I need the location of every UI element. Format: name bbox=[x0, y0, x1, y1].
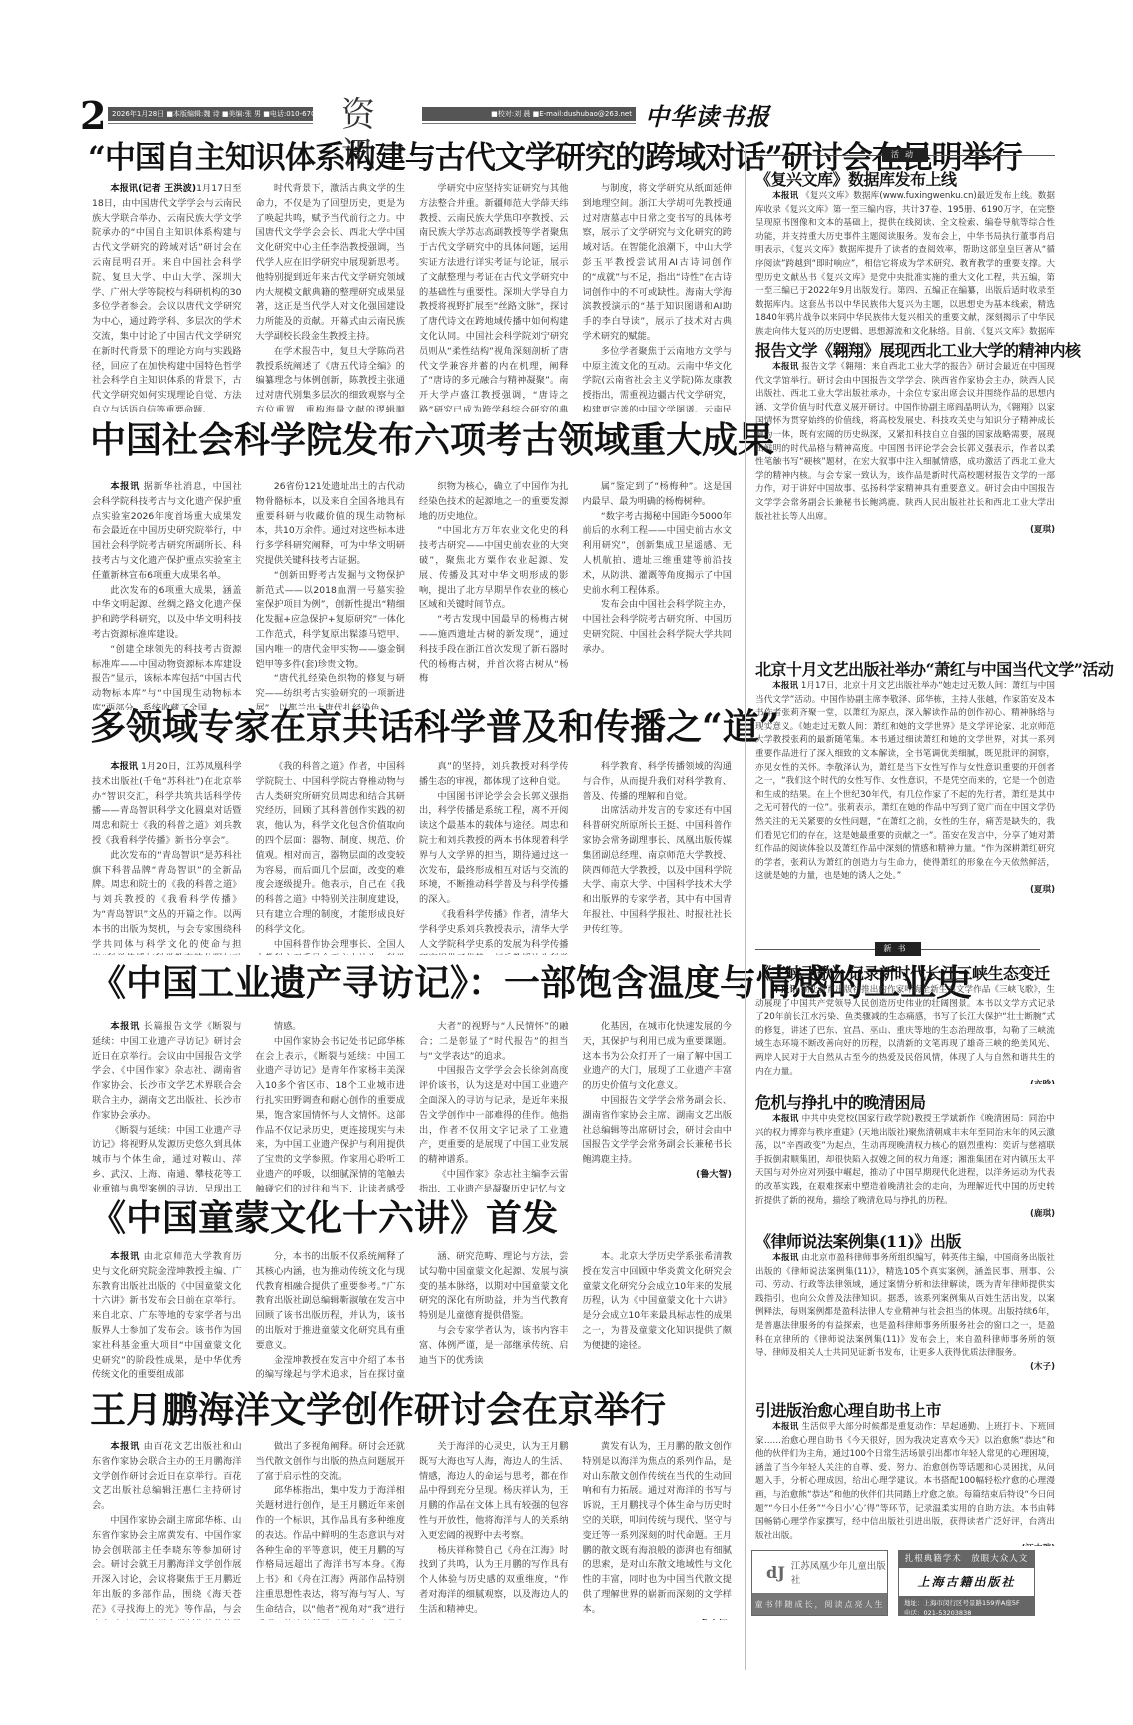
article-column: 属”鉴定到了“杨梅种”。这是国内最早、最为明确的杨梅树种。“数字考古揭秘中国距今… bbox=[583, 480, 733, 710]
article-ocean-literature: 本报讯 由百花文艺出版社和山东省作家协会联合主办的王月鹏海洋文学创作研讨会近日在… bbox=[92, 1440, 732, 1620]
newspaper-logo: 中华读书报 bbox=[645, 97, 745, 132]
article-column: 科学教育、科学传播领域的沟通与合作，从而提升我们对科学教育、普及、传播的理解和自… bbox=[583, 760, 733, 955]
article-column: 本报讯 由北京师范大学教育历史与文化研究院金滢坤教授主编、广东教育出版社出版的《… bbox=[92, 1250, 242, 1380]
headline-childrens-culture: 《中国童蒙文化十六讲》首发 bbox=[90, 1198, 558, 1238]
publisher-name: 上海古籍出版社 bbox=[899, 1568, 1034, 1596]
article-column: 本报讯(记者 王洪波)1月17日至18日，由中国唐代文学学会与云南民族大学联合举… bbox=[92, 182, 242, 412]
publisher-address: 地址：上海市闵行区号景路159弄A座5F bbox=[904, 1598, 1029, 1608]
sidebar-article: 本报讯 生活似乎大部分时候都是重复动作：早起通勤、上班打卡、下班回家……治愈心理… bbox=[755, 1421, 1055, 1546]
headline-science-popularization: 多领域专家在京共话科学普及和传播之“道” bbox=[90, 707, 779, 747]
sidebar-headline: 《律师说法案例集(11)》出版 bbox=[755, 1232, 961, 1252]
article-column: 与制度，将文学研究从纸面延伸到地理空间。浙江大学胡可先教授通过对唐墓志中日常之变… bbox=[583, 182, 733, 412]
article-column: 织物为核心，确立了中国作为扎经染色技术的起源地之一的重要发源地的历史地位。“中国… bbox=[419, 480, 569, 710]
sidebar-article: 本报讯 《复兴文库》数据库(www.fuxingwenku.cn)最近发布上线。… bbox=[755, 190, 1055, 335]
article-column: 分，本书的出版不仅系统阐释了其核心内涵，也为推动传统文化与现代教育相融合提供了重… bbox=[256, 1250, 406, 1380]
column-divider bbox=[745, 150, 746, 1670]
publisher-phone: 电话：021-53203838 bbox=[904, 1608, 1029, 1616]
article-science-popularization: 本报讯 1月20日，江苏凤凰科学技术出版社(千龟“苏科社”)在北京举办“智识交汇… bbox=[92, 760, 732, 955]
masthead-meta-left: 2026年1月28日 ■本版编辑:魏 诗 ■美编:张 男 ■电话:010-670… bbox=[108, 107, 313, 121]
ad-jiangsu-phoenix-childrens[interactable]: dJ 江苏凤凰少年儿童出版社 童书伴随成长，阅读点亮人生 bbox=[751, 1550, 888, 1616]
sidebar-headline: 《三峡飞歌》记录新时代长江三峡生态变迁 bbox=[755, 964, 1050, 984]
ad-shanghai-classics[interactable]: 扎根典籍学术 放眼大众人文 上海古籍出版社 地址：上海市闵行区号景路159弄A座… bbox=[898, 1550, 1035, 1616]
sidebar-article: 本报讯 湖北教育出版社推出的作家叶梅全新生态文学作品《三峡飞歌》，生动展现了中国… bbox=[755, 984, 1055, 1084]
masthead-meta-right: ■校对:刘 晨 ■E-mail:dushubao@263.net bbox=[422, 107, 636, 121]
page-number: 2 bbox=[80, 97, 106, 135]
sidebar-article: 本报讯 报告文学《翱翔：来自西北工业大学的报告》研讨会最近在中国现代文学馆举行。… bbox=[755, 361, 1055, 651]
sidebar-section-label: 活动 bbox=[755, 148, 1055, 162]
article-childrens-culture: 本报讯 由北京师范大学教育历史与文化研究院金滢坤教授主编、广东教育出版社出版的《… bbox=[92, 1250, 732, 1380]
article-column: 涵、研究范畴、理论与方法，尝试勾勒中国童蒙文化起源、发展与演变的基本脉络，以期对… bbox=[419, 1250, 569, 1380]
article-archaeology: 本报讯 据新华社消息，中国社会科学院科技考古与文化遗产保护重点实验室2026年度… bbox=[92, 480, 732, 710]
article-column: 时代背景下，激活古典文学的生命力，不仅是为了回望历史，更是为了唤起共鸣，赋予当代… bbox=[256, 182, 406, 412]
article-column: 真”的坚持，刘兵教授对科学传播生态的审视，都体现了这种自觉。中国图书评论学会会长… bbox=[419, 760, 569, 955]
article-column: 做出了多视角阐释。研讨会还就当代散文创作与出版的热点问题展开了富于启示性的交流。… bbox=[256, 1440, 406, 1620]
article-industrial-heritage: 本报讯 长篇报告文学《断裂与延续：中国工业遗产寻访记》研讨会近日在京举行。会议由… bbox=[92, 1020, 732, 1192]
ad-slogan: 童书伴随成长，阅读点亮人生 bbox=[752, 1593, 887, 1616]
article-kunming-seminar: 本报讯(记者 王洪波)1月17日至18日，由中国唐代文学学会与云南民族大学联合举… bbox=[92, 182, 732, 412]
article-column: 本。北京大学历史学系张希清教授在发言中回顾中华炎黄文化研究会童蒙文化研究分会成立… bbox=[583, 1250, 733, 1380]
article-column: 本报讯 长篇报告文学《断裂与延续：中国工业遗产寻访记》研讨会近日在京举行。会议由… bbox=[92, 1020, 242, 1192]
article-column: 学研究中应坚持实证研究与其他方法整合并重。新疆师范大学薛天纬教授、云南民族大学焦… bbox=[419, 182, 569, 412]
sidebar-article: 本报讯 1月17日，北京十月文艺出版社举办“她走过无数人间：萧红与中国当代文学”… bbox=[755, 680, 1055, 930]
article-column: 化基因，在城市化快速发展的今天，其保护与利用已成为重要课题。这本书为公众打开了一… bbox=[583, 1020, 733, 1192]
headline-archaeology: 中国社会科学院发布六项考古领域重大成果 bbox=[90, 420, 774, 460]
masthead: 2 2026年1月28日 ■本版编辑:魏 诗 ■美编:张 男 ■电话:010-6… bbox=[80, 95, 1060, 135]
article-column: 大者”的视野与“人民情怀”的融合；二是彰显了“时代报告”的担当与“文学表达”的追… bbox=[419, 1020, 569, 1192]
headline-ocean-literature: 王月鹏海洋文学创作研讨会在京举行 bbox=[90, 1390, 666, 1430]
sidebar-headline: 报告文学《翱翔》展现西北工业大学的精神内核 bbox=[755, 341, 1081, 361]
article-column: 关于海洋的心灵史，认为王月鹏既写大海也写人海，海边人的生活、情感，海边人的命运与… bbox=[419, 1440, 569, 1620]
byline: (鲁大智) bbox=[583, 1618, 733, 1620]
newspaper-page: 2 2026年1月28日 ■本版编辑:魏 诗 ■美编:张 男 ■电话:010-6… bbox=[0, 0, 1133, 1725]
byline: (鲁大智) bbox=[583, 1168, 733, 1183]
article-column: 本报讯 由百花文艺出版社和山东省作家协会联合主办的王月鹏海洋文学创作研讨会近日在… bbox=[92, 1440, 242, 1620]
sidebar-article: 本报讯 中共中央党校(国家行政学院)教授王学斌新作《晚清困局：同治中兴的权力博弈… bbox=[755, 1113, 1055, 1225]
publisher-name: 江苏凤凰少年儿童出版社 bbox=[791, 1558, 887, 1586]
article-column: 黄发有认为，王月鹏的散文创作特别是以海洋为焦点的系列作品，是对山东散文创作传统在… bbox=[583, 1440, 733, 1620]
divider bbox=[108, 123, 313, 124]
byline: (夏琪) bbox=[755, 884, 1055, 898]
sidebar-section-label: 新书 bbox=[755, 942, 1040, 956]
article-column: 情感。中国作家协会书记处书记邱华栋在会上表示，《断裂与延续：中国工业遗产寻访记》… bbox=[256, 1020, 406, 1192]
article-column: 本报讯 1月20日，江苏凤凰科学技术出版社(千龟“苏科社”)在北京举办“智识交汇… bbox=[92, 760, 242, 955]
article-column: 《我的科普之道》作者，中国科学院院士、中国科学院古脊椎动物与古人类研究所研究员周… bbox=[256, 760, 406, 955]
article-column: 本报讯 据新华社消息，中国社会科学院科技考古与文化遗产保护重点实验室2026年度… bbox=[92, 480, 242, 710]
ad-tagline: 扎根典籍学术 放眼大众人文 bbox=[899, 1551, 1034, 1568]
byline: (江中瑞) bbox=[755, 1543, 1055, 1546]
sidebar-headline: 引进版治愈心理自助书上市 bbox=[755, 1401, 941, 1421]
byline: (木子) bbox=[755, 1361, 1055, 1375]
byline: (鹿琪) bbox=[755, 1208, 1055, 1222]
byline: (夏琪) bbox=[755, 524, 1055, 538]
byline: (亦晗) bbox=[755, 1079, 1055, 1084]
sidebar-article: 本报讯 由北京市盈科律师事务所组织编写，韩英伟主编，中国商务出版社出版的《律师说… bbox=[755, 1252, 1055, 1392]
sidebar-headline: 危机与挣扎中的晚清困局 bbox=[755, 1093, 926, 1113]
publisher-logo-icon: dJ bbox=[766, 1563, 785, 1582]
sidebar-headline: 北京十月文艺出版社举办“萧红与中国当代文学”活动 bbox=[755, 660, 1113, 680]
article-column: 26省份121处遗址出土的古代动物骨骼标本，以及来自全国各地具有重要科研与收藏价… bbox=[256, 480, 406, 710]
sidebar-headline: 《复兴文库》数据库发布上线 bbox=[755, 170, 957, 190]
divider bbox=[422, 123, 636, 124]
